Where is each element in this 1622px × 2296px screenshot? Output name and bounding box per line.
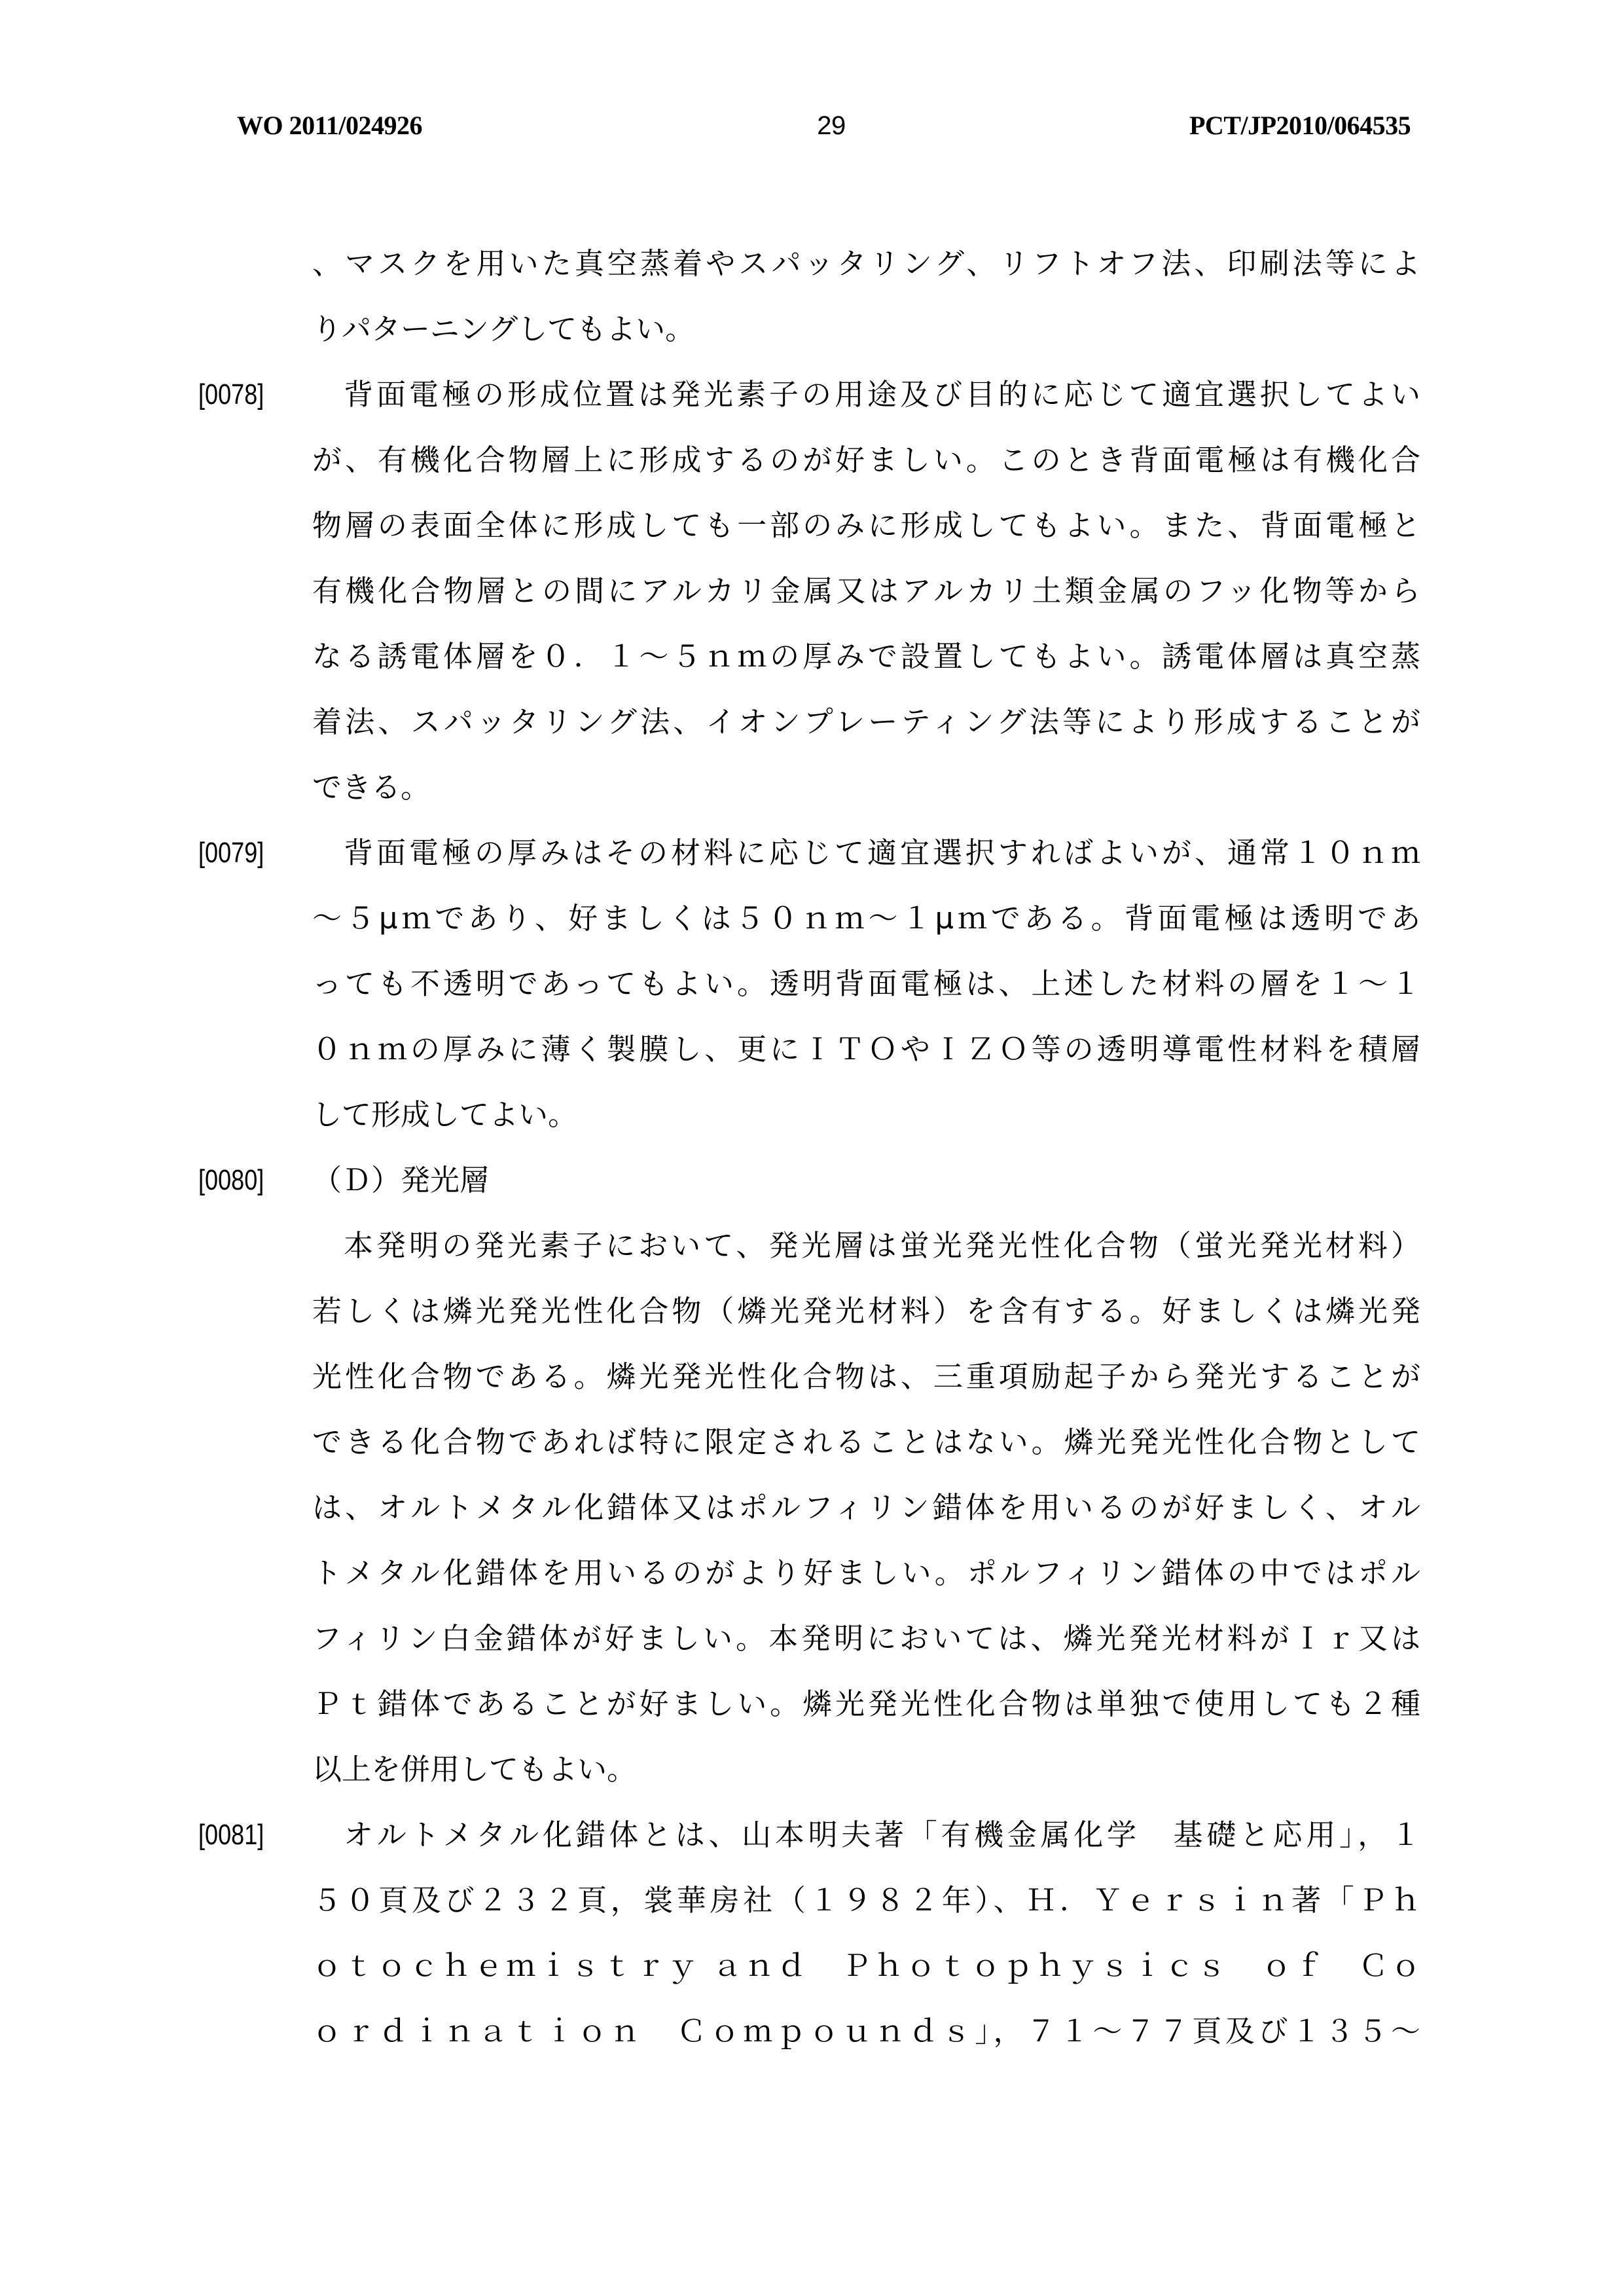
text-line: 以上を併用してもよい。 [312,1737,1420,1802]
paragraph-number: [0079] [198,820,274,886]
page-number: 29 [811,110,852,141]
text-line: っても不透明であってもよい。透明背面電極は、上述した材料の層を１～１ [312,951,1420,1017]
text-line: なる誘電体層を０．１～５ｎｍの厚みで設置してもよい。誘電体層は真空蒸 [312,624,1420,689]
publication-number: WO 2011/024926 [237,110,422,141]
text-line: ～５μｍであり、好ましくは５０ｎｍ～１μｍである。背面電極は透明であ [312,886,1420,951]
text-line: 光性化合物である。燐光発光性化合物は、三重項励起子から発光することが [312,1344,1420,1410]
text-line: トメタル化錯体を用いるのがより好ましい。ポルフィリン錯体の中ではポル [312,1540,1420,1606]
paragraph-number: [0081] [198,1802,274,1868]
text-line: 本発明の発光素子において、発光層は蛍光発光性化合物（蛍光発光材料） [344,1213,1420,1279]
text-line: 若しくは燐光発光性化合物（燐光発光材料）を含有する。好ましくは燐光発 [312,1279,1420,1344]
text-line: ５０頁及び２３２頁，裳華房社（１９８２年）、Ｈ．Ｙｅｒｓｉｎ著「Ｐｈ [312,1868,1420,1933]
section-heading: （Ｄ）発光層 [312,1148,1420,1213]
paragraph-number: [0078] [198,362,274,428]
text-line: 背面電極の形成位置は発光素子の用途及び目的に応じて適宜選択してよい [344,362,1420,428]
text-line: オルトメタル化錯体とは、山本明夫著「有機金属化学 基礎と応用」，１ [344,1802,1420,1868]
text-line: 有機化合物層との間にアルカリ金属又はアルカリ土類金属のフッ化物等から [312,558,1420,624]
text-line: ｏｔｏｃｈｅｍｉｓｔｒｙ ａｎｄ Ｐｈｏｔｏｐｈｙｓｉｃｓ ｏｆ Ｃｏ [312,1933,1420,1999]
application-number: PCT/JP2010/064535 [1189,110,1388,141]
text-line: できる化合物であれば特に限定されることはない。燐光発光性化合物として [312,1410,1420,1475]
text-line: フィリン白金錯体が好ましい。本発明においては、燐光発光材料がＩｒ又は [312,1606,1420,1671]
text-line: 、マスクを用いた真空蒸着やスパッタリング、リフトオフ法、印刷法等によ [312,231,1420,297]
text-line: 物層の表面全体に形成しても一部のみに形成してもよい。また、背面電極と [312,493,1420,558]
text-line: 背面電極の厚みはその材料に応じて適宜選択すればよいが、通常１０ｎｍ [344,820,1420,886]
text-line: できる。 [312,755,1420,820]
text-line: Ｐｔ錯体であることが好ましい。燐光発光性化合物は単独で使用しても２種 [312,1671,1420,1737]
text-line: 着法、スパッタリング法、イオンプレーティング法等により形成することが [312,689,1420,755]
text-line: りパターニングしてもよい。 [312,297,1420,362]
text-line: して形成してよい。 [312,1082,1420,1148]
text-line: ０ｎｍの厚みに薄く製膜し、更にＩＴＯやＩＺＯ等の透明導電性材料を積層 [312,1017,1420,1082]
text-line: が、有機化合物層上に形成するのが好ましい。このとき背面電極は有機化合 [312,428,1420,493]
paragraph-number: [0080] [198,1148,274,1213]
text-line: ｏｒｄｉｎａｔｉｏｎ Ｃｏｍｐｏｕｎｄｓ」，７１～７７頁及び１３５～ [312,1999,1420,2064]
text-line: は、オルトメタル化錯体又はポルフィリン錯体を用いるのが好ましく、オル [312,1475,1420,1540]
